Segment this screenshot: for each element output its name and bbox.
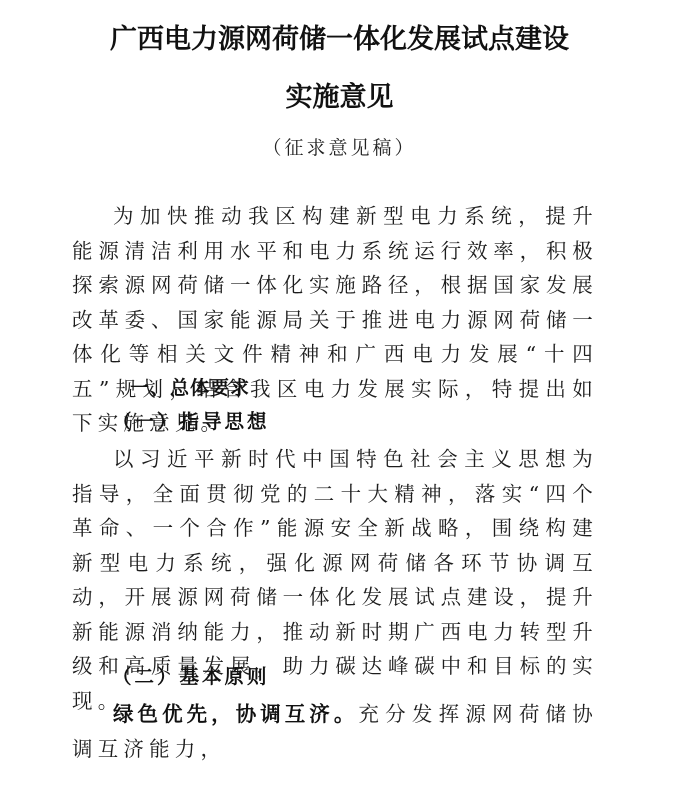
principle-lead-bold: 绿色优先，协调互济。 bbox=[113, 702, 358, 726]
intro-paragraph: 为加快推动我区构建新型电力系统，提升能源清洁利用水平和电力系统运行效率，积极探索… bbox=[72, 199, 598, 441]
document-title-line1: 广西电力源网荷储一体化发展试点建设 bbox=[0, 20, 679, 60]
intro-section: 为加快推动我区构建新型电力系统，提升能源清洁利用水平和电力系统运行效率，积极探索… bbox=[72, 199, 598, 441]
section-heading-general-requirements: 一、总体要求 bbox=[130, 373, 250, 403]
subsection-heading-basic-principles: （二）基本原则 bbox=[112, 662, 270, 692]
draft-note: （征求意见稿） bbox=[0, 134, 679, 162]
basic-principles-section: 绿色优先，协调互济。充分发挥源网荷储协调互济能力， bbox=[72, 697, 598, 766]
subsection-heading-guiding-ideology: （一）指导思想 bbox=[112, 407, 270, 437]
basic-principles-paragraph: 绿色优先，协调互济。充分发挥源网荷储协调互济能力， bbox=[72, 697, 598, 766]
document-page: 广西电力源网荷储一体化发展试点建设 实施意见 （征求意见稿） 为加快推动我区构建… bbox=[0, 0, 679, 788]
document-title-line2: 实施意见 bbox=[0, 78, 679, 118]
